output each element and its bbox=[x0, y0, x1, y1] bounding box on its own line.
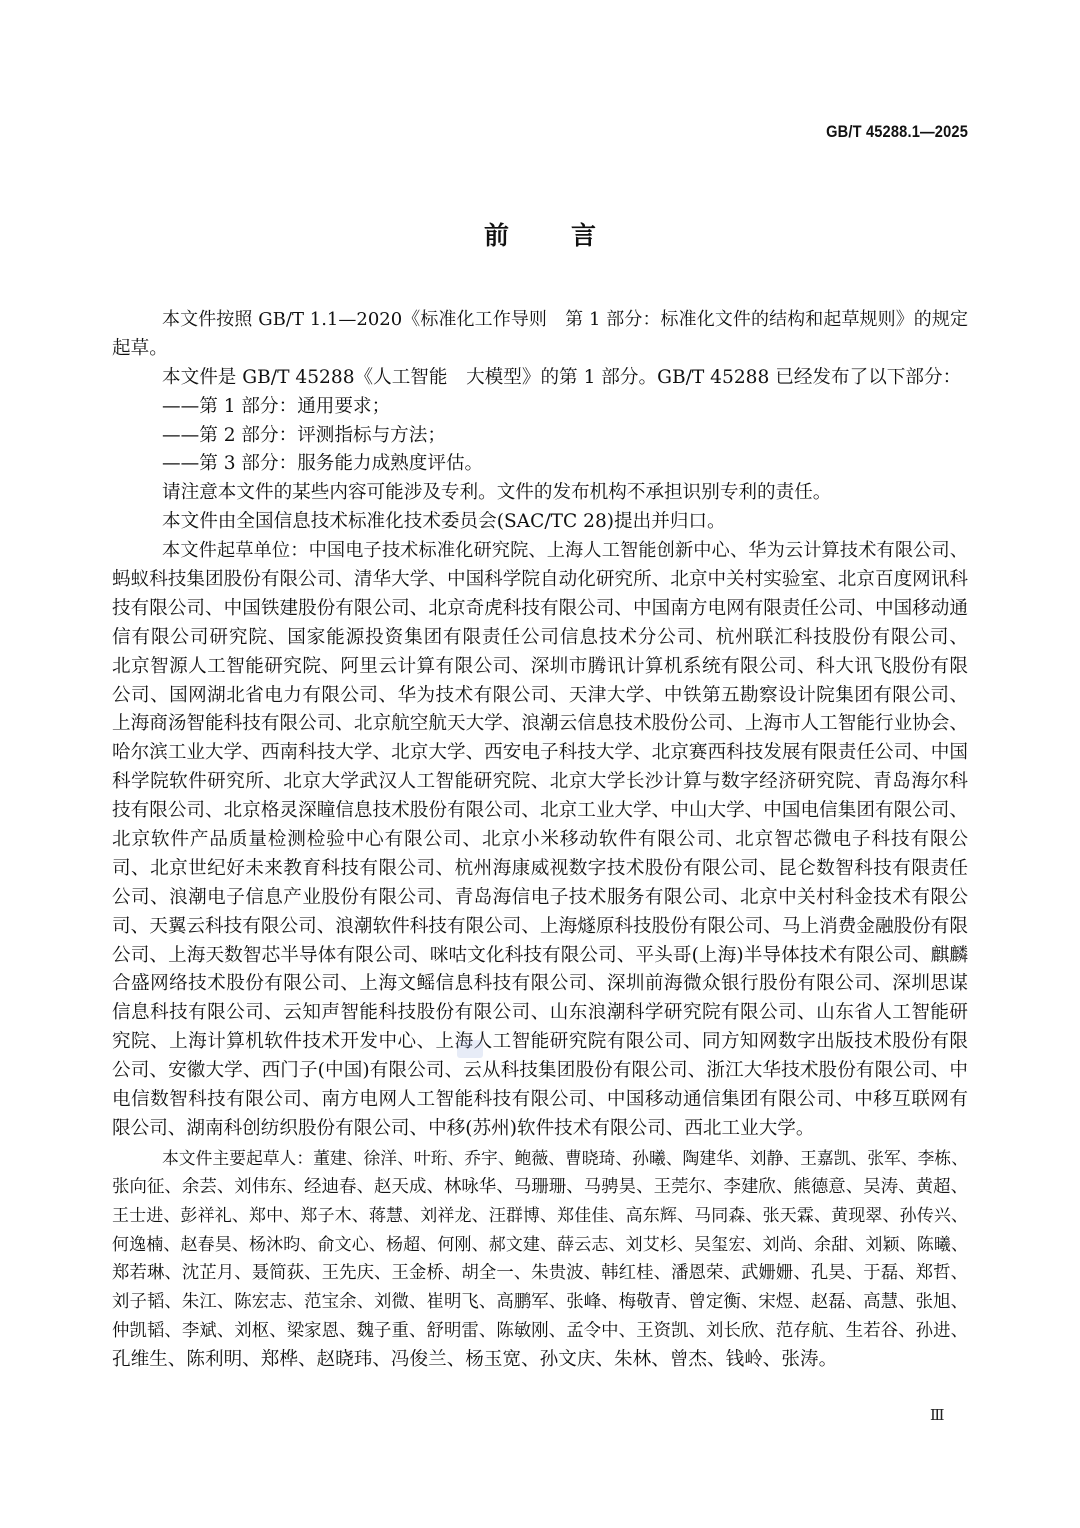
para-structure-rules: 本文件按照 GB/T 1.1—2020《标准化工作导则 第 1 部分：标准化文件… bbox=[112, 306, 968, 335]
para-part-intro: 本文件是 GB/T 45288《人工智能 大模型》的第 1 部分。GB/T 45… bbox=[112, 364, 968, 393]
drafting-units-line: 电信数智科技有限公司、南方电网人工智能科技有限公司、中国移动通信集团有限公司、中… bbox=[112, 1086, 968, 1115]
drafting-units-line: 北京软件产品质量检测检验中心有限公司、北京小米移动软件有限公司、北京智芯微电子科… bbox=[112, 826, 968, 855]
drafting-units-line: 司、天翼云科技有限公司、浪潮软件科技有限公司、上海燧原科技股份有限公司、马上消费… bbox=[112, 913, 968, 942]
watermark-logo-icon bbox=[457, 1040, 483, 1058]
drafters-line: 王士进、彭祥礼、郑中、郑子木、蒋慧、刘祥龙、汪群博、郑佳佳、高东辉、马同森、张天… bbox=[112, 1202, 968, 1231]
drafting-units-line: 哈尔滨工业大学、西南科技大学、北京大学、西安电子科技大学、北京赛西科技发展有限责… bbox=[112, 739, 968, 768]
page-number: Ⅲ bbox=[930, 1406, 944, 1424]
list-item-part-1: ——第 1 部分：通用要求； bbox=[112, 393, 968, 422]
para-drafting-units: 本文件起草单位：中国电子技术标准化研究院、上海人工智能创新中心、华为云计算技术有… bbox=[112, 537, 968, 566]
para-main-drafters: 本文件主要起草人：董建、徐洋、叶珩、乔宇、鲍薇、曹晓琦、孙曦、陶建华、刘静、王嘉… bbox=[112, 1144, 968, 1173]
drafting-units-line: 公司、浪潮电子信息产业股份有限公司、青岛海信电子技术服务有限公司、北京中关村科金… bbox=[112, 884, 968, 913]
drafting-units-line: 究院、上海计算机软件技术开发中心、上海人工智能研究院有限公司、同方知网数字出版技… bbox=[112, 1028, 968, 1057]
drafters-line: 张向征、余芸、刘伟东、经迪春、赵天成、林咏华、马珊珊、马骋昊、王莞尔、李建欣、熊… bbox=[112, 1173, 968, 1202]
drafting-units-line: 蚂蚁科技集团股份有限公司、清华大学、中国科学院自动化研究所、北京中关村实验室、北… bbox=[112, 566, 968, 595]
drafting-units-line: 上海商汤智能科技有限公司、北京航空航天大学、浪潮云信息技术股份公司、上海市人工智… bbox=[112, 710, 968, 739]
drafters-line: 仲凯韬、李斌、刘枢、梁家恩、魏子重、舒明雷、陈敏刚、孟令中、王资凯、刘长欣、范存… bbox=[112, 1317, 968, 1346]
title-char-1: 前 bbox=[484, 216, 509, 252]
drafting-units-line: 技有限公司、中国铁建股份有限公司、北京奇虎科技有限公司、中国南方电网有限责任公司… bbox=[112, 595, 968, 624]
drafting-units-line: 北京智源人工智能研究院、阿里云计算有限公司、深圳市腾讯计算机系统有限公司、科大讯… bbox=[112, 653, 968, 682]
drafting-units-line: 技有限公司、北京格灵深瞳信息技术股份有限公司、北京工业大学、中山大学、中国电信集… bbox=[112, 797, 968, 826]
drafters-line: 刘子韬、朱江、陈宏志、范宝余、刘微、崔明飞、高鹏军、张峰、梅敬青、曾定衡、宋煜、… bbox=[112, 1288, 968, 1317]
para-proposer: 本文件由全国信息技术标准化技术委员会(SAC/TC 28)提出并归口。 bbox=[112, 508, 968, 537]
drafting-units-line: 限公司、湖南科创纺织股份有限公司、中移(苏州)软件技术有限公司、西北工业大学。 bbox=[112, 1115, 968, 1144]
drafting-units-line: 司、北京世纪好未来教育科技有限公司、杭州海康威视数字技术股份有限公司、昆仑数智科… bbox=[112, 855, 968, 884]
drafters-line: 何逸楠、赵春昊、杨沐昀、俞文心、杨超、何刚、郝文建、薛云志、刘艾杉、吴玺宏、刘尚… bbox=[112, 1231, 968, 1260]
drafters-line: 郑若琳、沈芷月、聂简荻、王先庆、王金桥、胡全一、朱贵波、韩红桂、潘恩荣、武姗姗、… bbox=[112, 1259, 968, 1288]
list-item-part-3: ——第 3 部分：服务能力成熟度评估。 bbox=[112, 450, 968, 479]
drafting-units-line: 科学院软件研究所、北京大学武汉人工智能研究院、北京大学长沙计算与数字经济研究院、… bbox=[112, 768, 968, 797]
drafting-units-line: 公司、国网湖北省电力有限公司、华为技术有限公司、天津大学、中铁第五勘察设计院集团… bbox=[112, 682, 968, 711]
drafting-units-line: 公司、安徽大学、西门子(中国)有限公司、云从科技集团股份有限公司、浙江大华技术股… bbox=[112, 1057, 968, 1086]
para-patent-notice: 请注意本文件的某些内容可能涉及专利。文件的发布机构不承担识别专利的责任。 bbox=[112, 479, 968, 508]
para-structure-rules-cont: 起草。 bbox=[112, 335, 968, 364]
standard-code-header: GB/T 45288.1—2025 bbox=[826, 122, 968, 142]
drafting-units-line: 公司、上海天数智芯半导体有限公司、咪咕文化科技有限公司、平头哥(上海)半导体技术… bbox=[112, 942, 968, 971]
list-item-part-2: ——第 2 部分：评测指标与方法； bbox=[112, 422, 968, 451]
foreword-body: 本文件按照 GB/T 1.1—2020《标准化工作导则 第 1 部分：标准化文件… bbox=[112, 306, 968, 1375]
drafting-units-line: 信息科技有限公司、云知声智能科技股份有限公司、山东浪潮科学研究院有限公司、山东省… bbox=[112, 999, 968, 1028]
drafting-units-line: 合盛网络技术股份有限公司、上海文鳐信息科技有限公司、深圳前海微众银行股份有限公司… bbox=[112, 970, 968, 999]
drafters-line: 孔维生、陈利明、郑桦、赵晓玮、冯俊兰、杨玉宽、孙文庆、朱林、曾杰、钱岭、张涛。 bbox=[112, 1346, 968, 1375]
title-char-2: 言 bbox=[571, 216, 596, 252]
page-title: 前言 bbox=[0, 216, 1080, 252]
drafting-units-line: 信有限公司研究院、国家能源投资集团有限责任公司信息技术分公司、杭州联汇科技股份有… bbox=[112, 624, 968, 653]
